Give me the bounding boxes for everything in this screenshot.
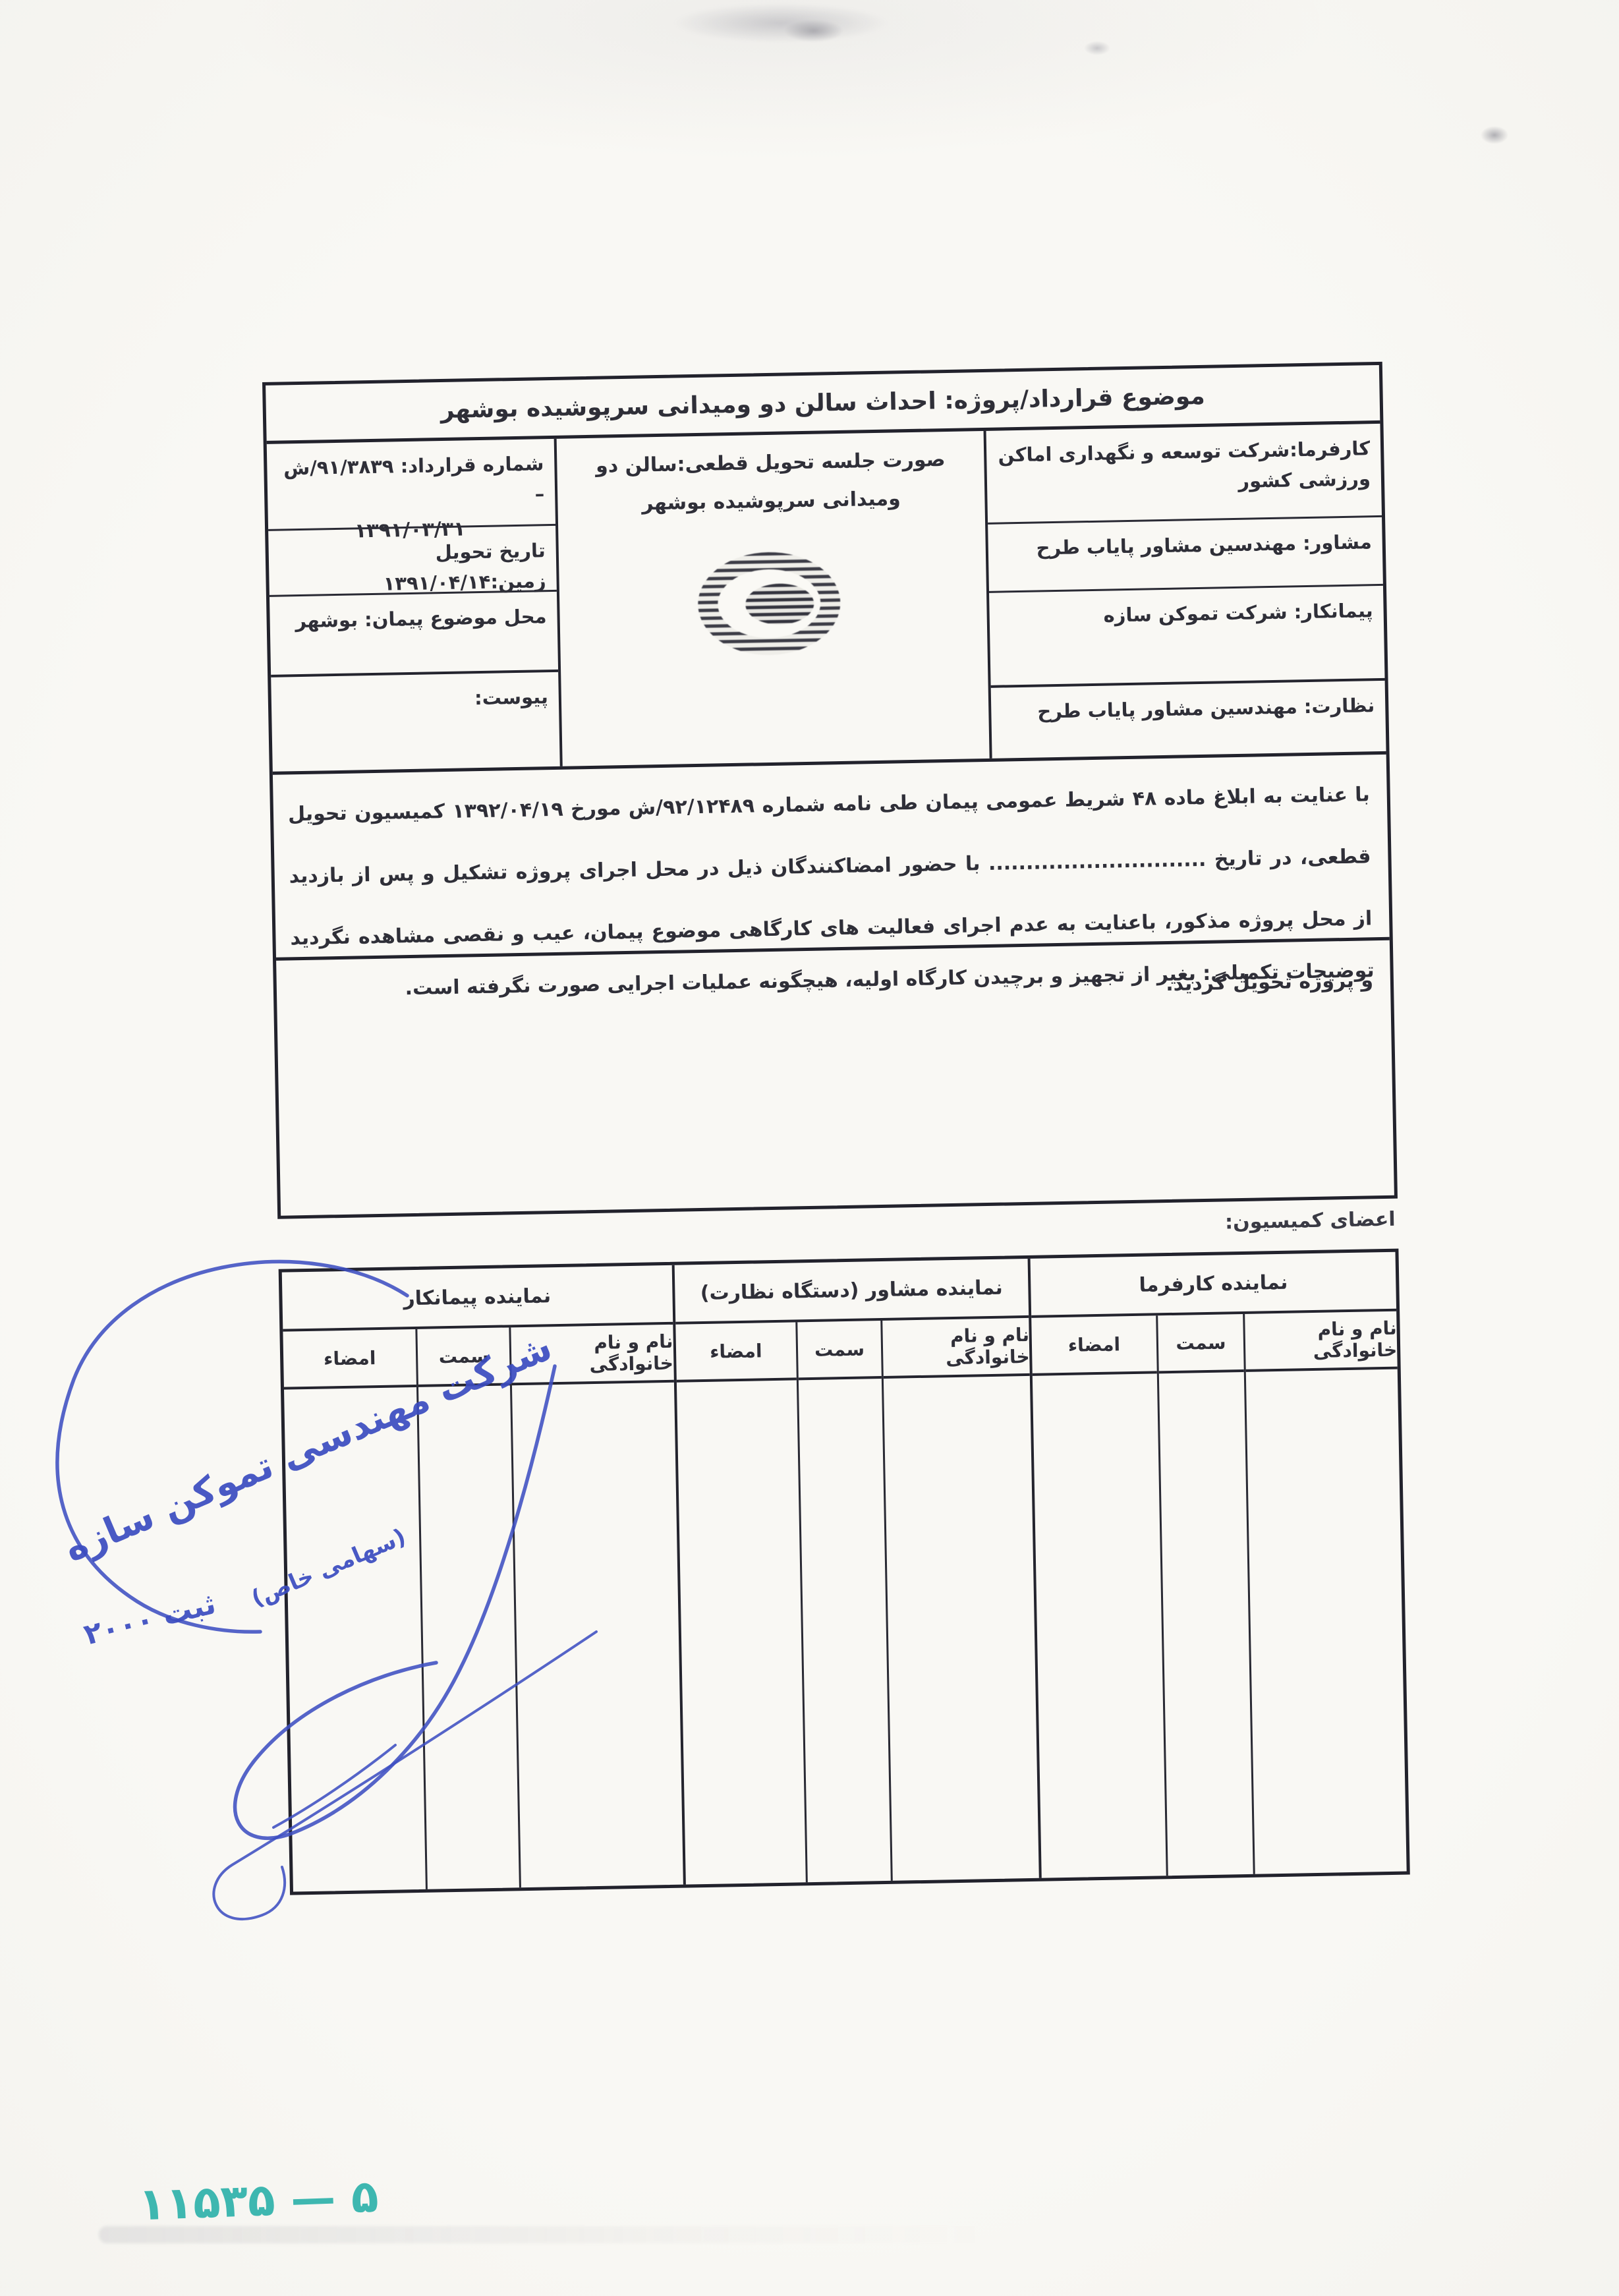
column-name: نام و نام خانوادگی — [1243, 1311, 1407, 1874]
group-header: نماینده کارفرما — [1031, 1252, 1396, 1318]
supervision-field: نظارت: مهندسین مشاور پایاب طرح — [991, 681, 1386, 759]
contract-info-column: شماره قرارداد: ۹۱/۳۸۳۹/ش – ۱۳۹۱/۰۳/۳۱ تا… — [267, 439, 560, 772]
scanned-form: موضوع قرارداد/پروژه: احداث سالن دو ومیدا… — [262, 362, 1410, 1898]
client-representative-group: نماینده کارفرما نام و نام خانوادگی سمت ا… — [1028, 1252, 1407, 1878]
delivery-statement-paragraph: با عنایت به ابلاغ ماده ۴۸ شریط عمومی پیم… — [273, 751, 1390, 958]
scan-smudge — [672, 3, 890, 43]
table-body-cell — [512, 1383, 683, 1887]
signatures-table: نماینده کارفرما نام و نام خانوادگی سمت ا… — [279, 1249, 1410, 1895]
attachment-field: پیوست: — [271, 672, 560, 772]
contractor-representative-group: نماینده پیمانکار نام و نام خانوادگی سمت … — [282, 1265, 683, 1892]
meeting-title-line2: ومیدانی سرپوشیده بوشهر — [557, 478, 985, 525]
scan-streak — [99, 2226, 988, 2243]
table-body-cell — [1246, 1369, 1406, 1874]
column-header: سمت — [1158, 1314, 1244, 1373]
contract-number-field: شماره قرارداد: ۹۱/۳۸۳۹/ش – ۱۳۹۱/۰۳/۳۱ — [267, 439, 555, 531]
table-body-cell — [676, 1380, 805, 1884]
contract-location-field: محل موضوع پیمان: بوشهر — [270, 592, 558, 677]
column-position: سمت — [795, 1321, 890, 1882]
column-position: سمت — [1156, 1314, 1253, 1876]
meeting-title: صورت جلسه تحویل قطعی:سالن دو ومیدانی سرپ… — [557, 431, 985, 525]
table-body-cell — [1033, 1373, 1166, 1878]
column-signature: امضاء — [1032, 1315, 1166, 1878]
group-header: نماینده پیمانکار — [282, 1265, 673, 1332]
column-name: نام و نام خانوادگی — [880, 1318, 1039, 1881]
column-header: امضاء — [283, 1329, 416, 1390]
contractor-field: پیمانکار: شرکت تموکن سازه — [989, 586, 1385, 688]
organization-logo-icon — [697, 551, 841, 656]
table-body-cell — [1158, 1372, 1253, 1876]
land-delivery-date-field: تاریخ تحویل زمین:۱۳۹۱/۰۴/۱۴ — [268, 526, 557, 597]
column-header: نام و نام خانوادگی — [1245, 1311, 1398, 1372]
column-header: سمت — [797, 1321, 881, 1380]
form-header-block: موضوع قرارداد/پروژه: احداث سالن دو ومیدا… — [262, 362, 1398, 1219]
consultant-representative-group: نماینده مشاور (دستگاه نظارت) نام و نام خ… — [671, 1259, 1039, 1885]
meeting-column: صورت جلسه تحویل قطعی:سالن دو ومیدانی سرپ… — [554, 431, 990, 766]
table-body-cell — [799, 1379, 891, 1882]
column-header: نام و نام خانوادگی — [882, 1318, 1030, 1379]
column-position: سمت — [416, 1327, 520, 1889]
column-header: امضاء — [1032, 1315, 1157, 1375]
table-body-cell — [418, 1385, 519, 1889]
column-header: سمت — [418, 1327, 511, 1387]
table-body-cell — [284, 1387, 426, 1892]
scan-smudge — [1479, 125, 1510, 145]
parties-column: کارفرما:شرکت توسعه و نگهداری اماکن ورزشی… — [984, 424, 1386, 759]
table-body-cell — [884, 1376, 1039, 1881]
scan-smudge — [784, 20, 843, 42]
stamp-registration-number: ثبت ۲۰۰۰ — [80, 1587, 219, 1652]
commission-members-label: اعضای کمیسیون: — [1225, 1208, 1396, 1234]
column-signature: امضاء — [283, 1329, 426, 1892]
consultant-field: مشاور: مهندسین مشاور پایاب طرح — [988, 517, 1383, 593]
contract-number-line1: شماره قرارداد: ۹۱/۳۸۳۹/ش – — [273, 448, 545, 513]
header-columns: کارفرما:شرکت توسعه و نگهداری اماکن ورزشی… — [267, 424, 1386, 772]
column-header: نام و نام خانوادگی — [511, 1325, 673, 1385]
column-header: امضاء — [675, 1322, 797, 1382]
column-signature: امضاء — [675, 1322, 806, 1884]
handwritten-archive-number: ۱۱۵۳۵ — ۵ — [138, 2171, 380, 2231]
group-header: نماینده مشاور (دستگاه نظارت) — [674, 1259, 1029, 1325]
scan-smudge — [1084, 41, 1110, 55]
column-name: نام و نام خانوادگی — [509, 1325, 683, 1887]
supplementary-notes: توضیحات تکمیلی: بغیر از تجهیز و برچیدن ک… — [276, 937, 1394, 1216]
meeting-title-line1: صورت جلسه تحویل قطعی:سالن دو — [557, 440, 984, 486]
client-field: کارفرما:شرکت توسعه و نگهداری اماکن ورزشی… — [986, 424, 1382, 525]
